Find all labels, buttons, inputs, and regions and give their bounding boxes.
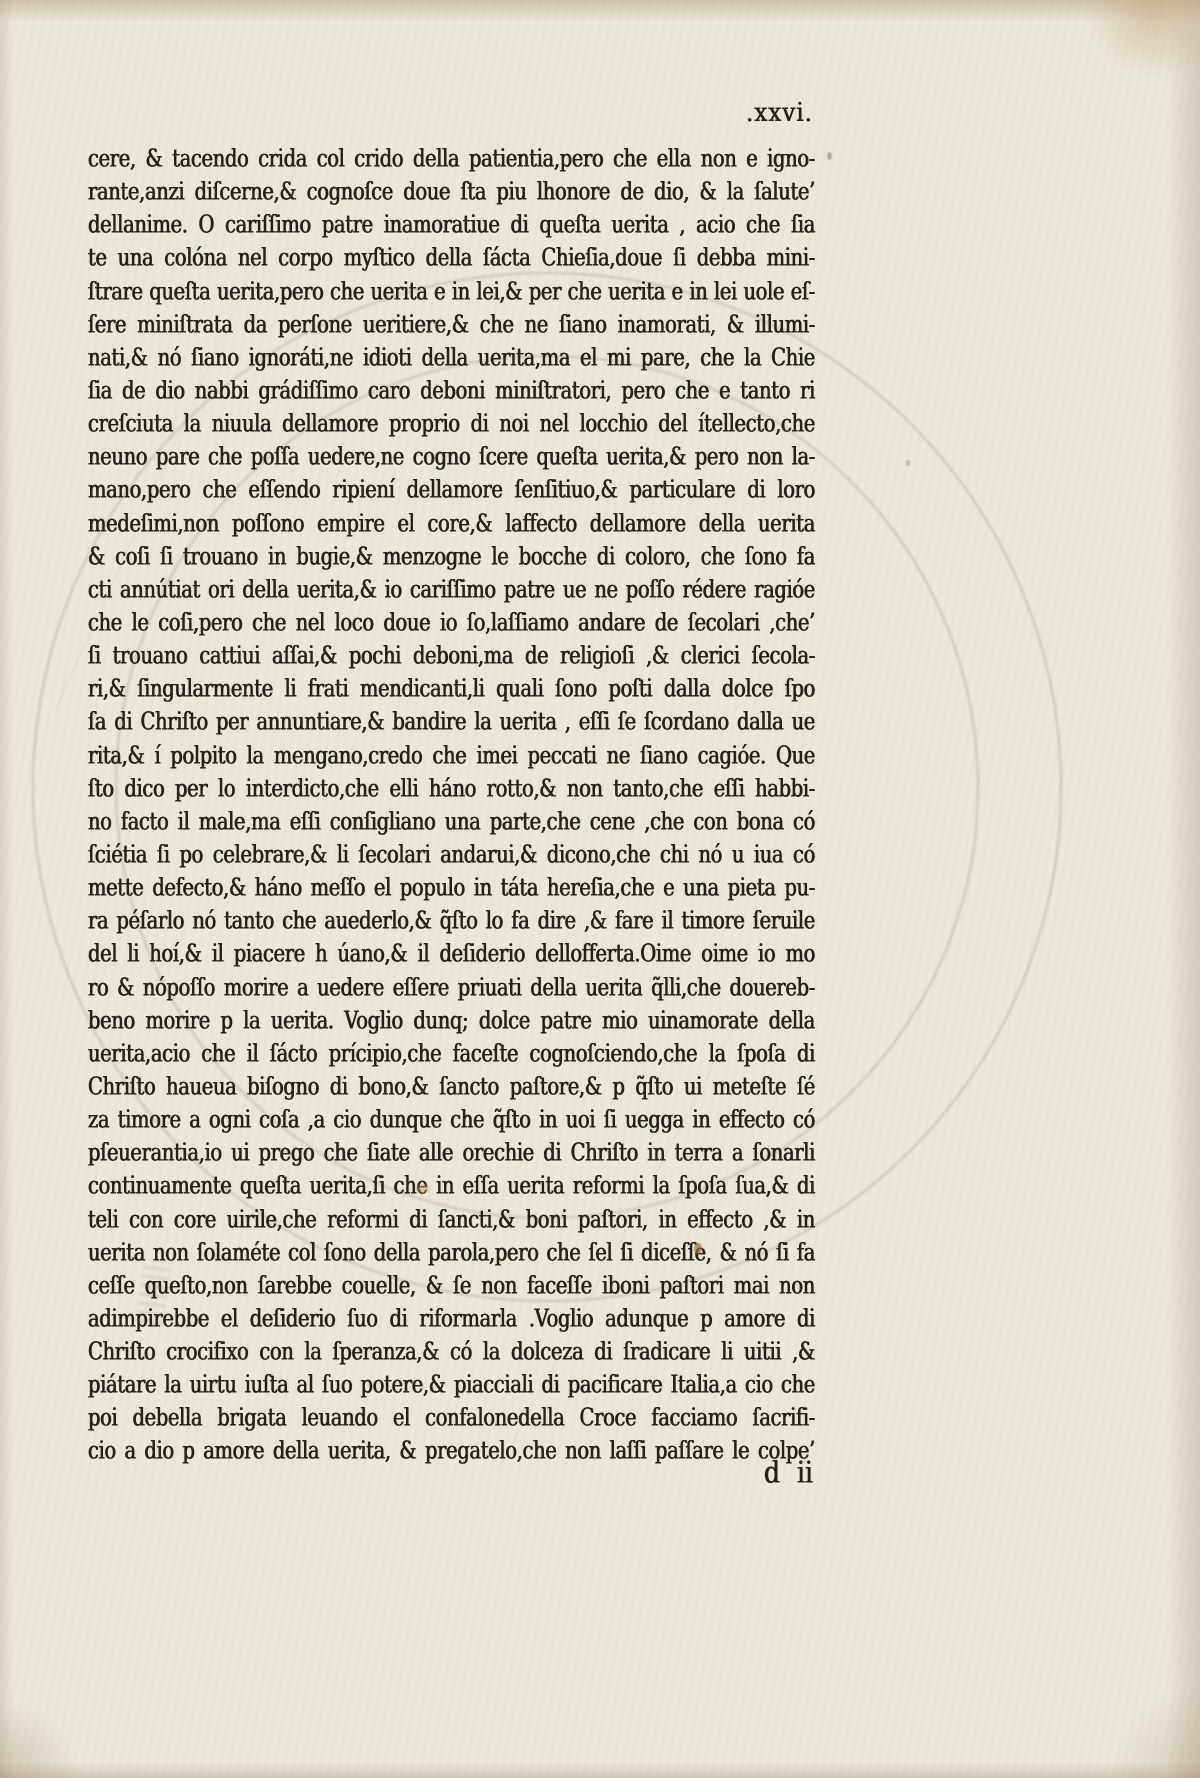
signature-mark: d ii xyxy=(764,1455,813,1490)
ink-speck xyxy=(906,460,910,466)
ink-speck xyxy=(827,152,832,160)
book-page-scan: .xxvi. cere, & tacendo crida col crido d… xyxy=(0,0,1200,1778)
text-block: cere, & tacendo crida col crido della pa… xyxy=(88,142,815,1468)
text-line: cio a dio p amore della uerita, & pregat… xyxy=(88,1430,815,1471)
page-number: .xxvi. xyxy=(713,98,813,128)
